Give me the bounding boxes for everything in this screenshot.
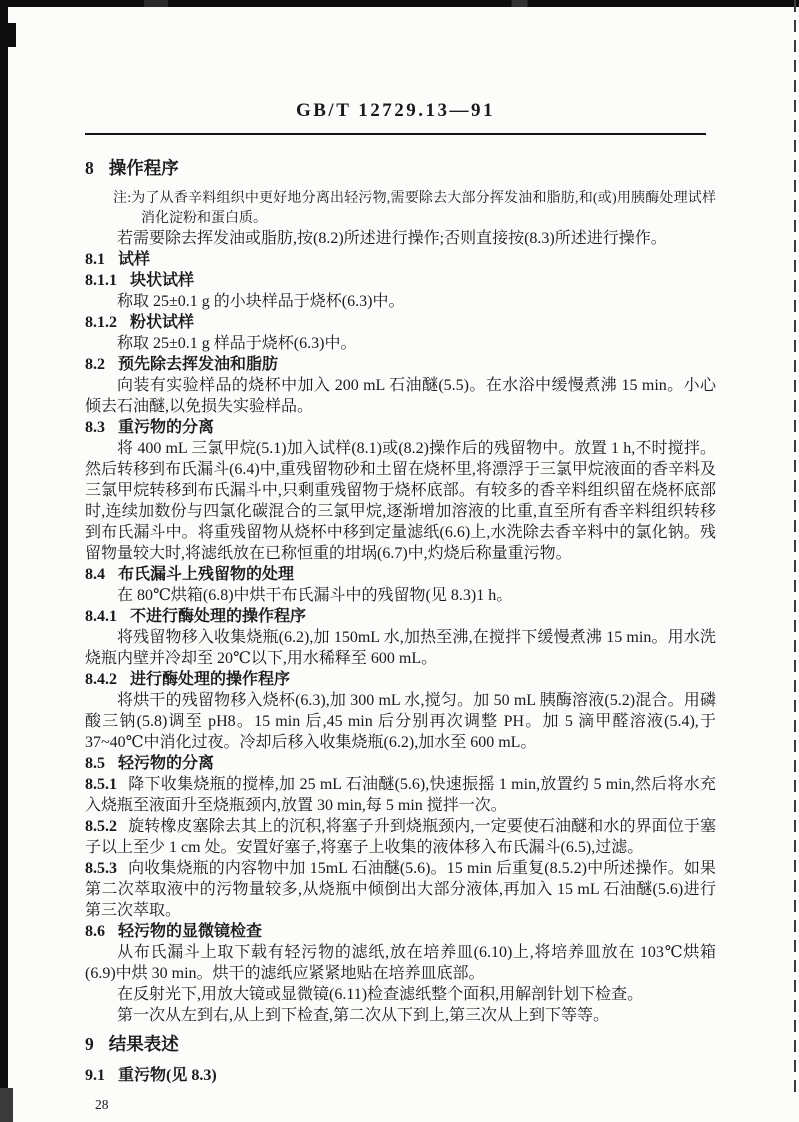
- section-9-1-heading: 9.1重污物(见 8.3): [85, 1065, 716, 1086]
- section-8-4-1-heading: 8.4.1不进行酶处理的操作程序: [85, 606, 716, 627]
- scanned-page: GB/T 12729.13—91 8操作程序 注:为了从香辛料组织中更好地分离出…: [0, 0, 799, 1122]
- paragraph-8-1-2: 称取 25±0.1 g 样品于烧杯(6.3)中。: [85, 333, 716, 354]
- section-9-number: 9: [85, 1034, 94, 1054]
- paragraph-8-5-3: 8.5.3向收集烧瓶的内容物中加 15mL 石油醚(5.6)。15 min 后重…: [85, 858, 716, 921]
- header-rule: [85, 133, 706, 135]
- paragraph-8-5-2: 8.5.2旋转橡皮塞除去其上的沉积,将塞子升到烧瓶颈内,一定要使石油醚和水的界面…: [85, 816, 716, 858]
- paragraph-8-6-b: 在反射光下,用放大镜或显微镜(6.11)检查滤纸整个面积,用解剖针划下检查。: [85, 984, 716, 1005]
- section-8-4-1-title: 不进行酶处理的操作程序: [130, 608, 306, 625]
- section-8-1-heading: 8.1试样: [85, 249, 716, 270]
- section-8-1-2-heading: 8.1.2粉状试样: [85, 312, 716, 333]
- paragraph-8-4-2: 将烘干的残留物移入烧杯(6.3),加 300 mL 水,搅匀。加 50 mL 胰…: [85, 690, 716, 753]
- paragraph-8-1-1: 称取 25±0.1 g 的小块样品于烧杯(6.3)中。: [85, 291, 716, 312]
- section-8-4-2-heading: 8.4.2进行酶处理的操作程序: [85, 669, 716, 690]
- clause-8-5-2-text: 旋转橡皮塞除去其上的沉积,将塞子升到烧瓶颈内,一定要使石油醚和水的界面位于塞子以…: [85, 818, 716, 856]
- scan-border-top: [0, 0, 799, 7]
- section-9-1-number: 9.1: [85, 1067, 105, 1084]
- note-paragraph: 注:为了从香辛料组织中更好地分离出轻污物,需要除去大部分挥发油和脂肪,和(或)用…: [85, 189, 716, 228]
- section-8-1-1-heading: 8.1.1块状试样: [85, 270, 716, 291]
- paragraph-8-6-c: 第一次从左到右,从上到下检查,第二次从下到上,第三次从上到下等等。: [85, 1005, 716, 1026]
- section-8-4-number: 8.4: [85, 566, 105, 583]
- section-8-4-1-number: 8.4.1: [85, 608, 117, 625]
- section-8-number: 8: [85, 158, 94, 178]
- paragraph-8-4: 在 80℃烘箱(6.8)中烘干布氏漏斗中的残留物(见 8.3)1 h。: [85, 585, 716, 606]
- paragraph-8-6-a: 从布氏漏斗上取下载有轻污物的滤纸,放在培养皿(6.10)上,将培养皿放在 103…: [85, 942, 716, 984]
- section-8-4-2-number: 8.4.2: [85, 671, 117, 688]
- section-9-title: 结果表述: [109, 1034, 179, 1054]
- document-body: 8操作程序 注:为了从香辛料组织中更好地分离出轻污物,需要除去大部分挥发油和脂肪…: [85, 150, 716, 1115]
- note-label: 注:: [113, 191, 131, 206]
- section-8-4-title: 布氏漏斗上残留物的处理: [118, 566, 294, 583]
- scan-border-right: [794, 0, 796, 1095]
- section-8-1-2-title: 粉状试样: [130, 314, 194, 331]
- section-8-3-heading: 8.3重污物的分离: [85, 417, 716, 438]
- section-8-1-1-title: 块状试样: [130, 272, 194, 289]
- section-8-heading: 8操作程序: [85, 156, 716, 180]
- scan-border-left: [0, 5, 8, 1122]
- section-8-6-number: 8.6: [85, 923, 105, 940]
- section-8-5-number: 8.5: [85, 755, 105, 772]
- section-9-heading: 9结果表述: [85, 1032, 716, 1056]
- section-8-5-title: 轻污物的分离: [118, 755, 214, 772]
- standard-code-header: GB/T 12729.13—91: [85, 100, 706, 122]
- section-8-1-2-number: 8.1.2: [85, 314, 117, 331]
- clause-8-5-3-text: 向收集烧瓶的内容物中加 15mL 石油醚(5.6)。15 min 后重复(8.5…: [85, 860, 716, 919]
- section-8-6-heading: 8.6轻污物的显微镜检查: [85, 921, 716, 942]
- clause-8-5-2-number: 8.5.2: [85, 818, 117, 835]
- section-8-1-title: 试样: [118, 251, 150, 268]
- section-8-1-number: 8.1: [85, 251, 105, 268]
- section-8-6-title: 轻污物的显微镜检查: [118, 923, 262, 940]
- section-8-3-title: 重污物的分离: [118, 419, 214, 436]
- clause-8-5-1-number: 8.5.1: [85, 776, 117, 793]
- section-8-4-2-title: 进行酶处理的操作程序: [130, 671, 290, 688]
- intro-paragraph: 若需要除去挥发油或脂肪,按(8.2)所述进行操作;否则直接按(8.3)所述进行操…: [85, 228, 716, 249]
- paragraph-8-5-1: 8.5.1降下收集烧瓶的搅棒,加 25 mL 石油醚(5.6),快速振摇 1 m…: [85, 774, 716, 816]
- note-text: 为了从香辛料组织中更好地分离出轻污物,需要除去大部分挥发油和脂肪,和(或)用胰酶…: [131, 191, 716, 226]
- paragraph-8-4-1: 将残留物移入收集烧瓶(6.2),加 150mL 水,加热至沸,在搅拌下缓慢煮沸 …: [85, 627, 716, 669]
- section-8-2-heading: 8.2预先除去挥发油和脂肪: [85, 354, 716, 375]
- section-8-2-title: 预先除去挥发油和脂肪: [118, 356, 278, 373]
- clause-8-5-3-number: 8.5.3: [85, 860, 117, 877]
- clause-8-5-1-text: 降下收集烧瓶的搅棒,加 25 mL 石油醚(5.6),快速振摇 1 min,放置…: [85, 776, 716, 814]
- page-number: 28: [95, 1094, 716, 1115]
- paragraph-8-2: 向装有实验样品的烧杯中加入 200 mL 石油醚(5.5)。在水浴中缓慢煮沸 1…: [85, 375, 716, 417]
- section-8-3-number: 8.3: [85, 419, 105, 436]
- section-8-1-1-number: 8.1.1: [85, 272, 117, 289]
- section-8-2-number: 8.2: [85, 356, 105, 373]
- section-8-title: 操作程序: [109, 158, 179, 178]
- paragraph-8-3: 将 400 mL 三氯甲烷(5.1)加入试样(8.1)或(8.2)操作后的残留物…: [85, 438, 716, 564]
- section-8-5-heading: 8.5轻污物的分离: [85, 753, 716, 774]
- section-8-4-heading: 8.4布氏漏斗上残留物的处理: [85, 564, 716, 585]
- section-9-1-title: 重污物(见 8.3): [118, 1067, 217, 1084]
